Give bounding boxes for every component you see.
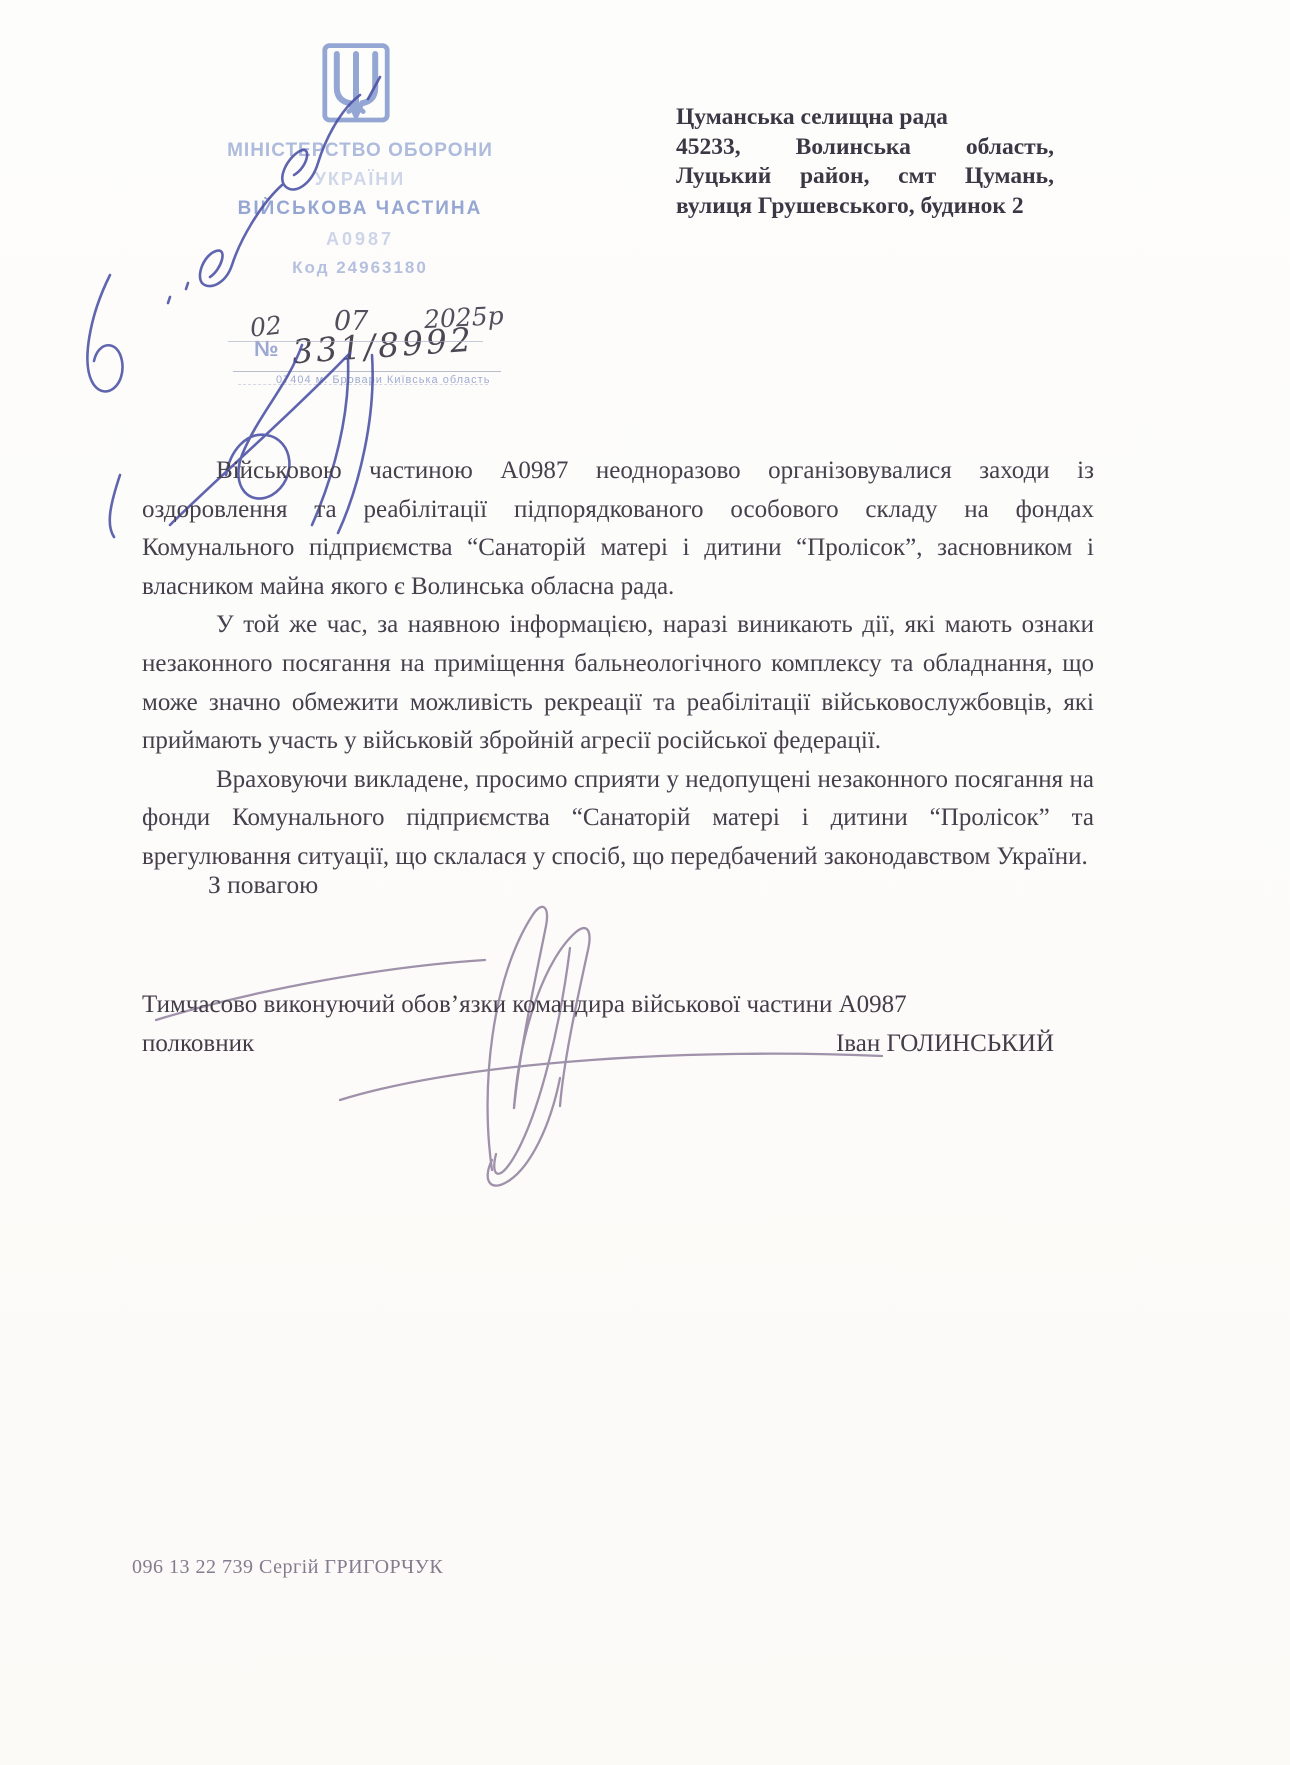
recipient-address-block: Цуманська селищна рада 45233, Волинська … (676, 103, 1054, 221)
recipient-street: вулиця Грушевського, будинок 2 (676, 192, 1054, 222)
document-page: МІНІСТЕРСТВО ОБОРОНИ УКРАЇНИ ВІЙСЬКОВА Ч… (0, 0, 1290, 1765)
letter-body: Військовою частиною А0987 неодноразово о… (142, 452, 1094, 877)
recipient-region: 45233, Волинська область, (676, 133, 1054, 163)
signer-rank: полковник (142, 1030, 254, 1058)
recipient-name: Цуманська селищна рада (676, 103, 1054, 133)
paragraph-1: Військовою частиною А0987 неодноразово о… (142, 452, 1094, 606)
signer-name: Іван ГОЛИНСЬКИЙ (836, 1030, 1054, 1058)
executor-contact: 096 13 22 739 Сергій ГРИГОРЧУК (132, 1556, 443, 1579)
signer-title: Тимчасово виконуючий обов’язки командира… (142, 991, 1092, 1019)
recipient-district: Луцький район, смт Цумань, (676, 162, 1054, 192)
paragraph-3: Враховуючи викладене, просимо сприяти у … (142, 761, 1094, 877)
paragraph-2: У той же час, за наявною інформацією, на… (142, 606, 1094, 760)
signer-row: полковник Іван ГОЛИНСЬКИЙ (142, 1030, 1054, 1058)
